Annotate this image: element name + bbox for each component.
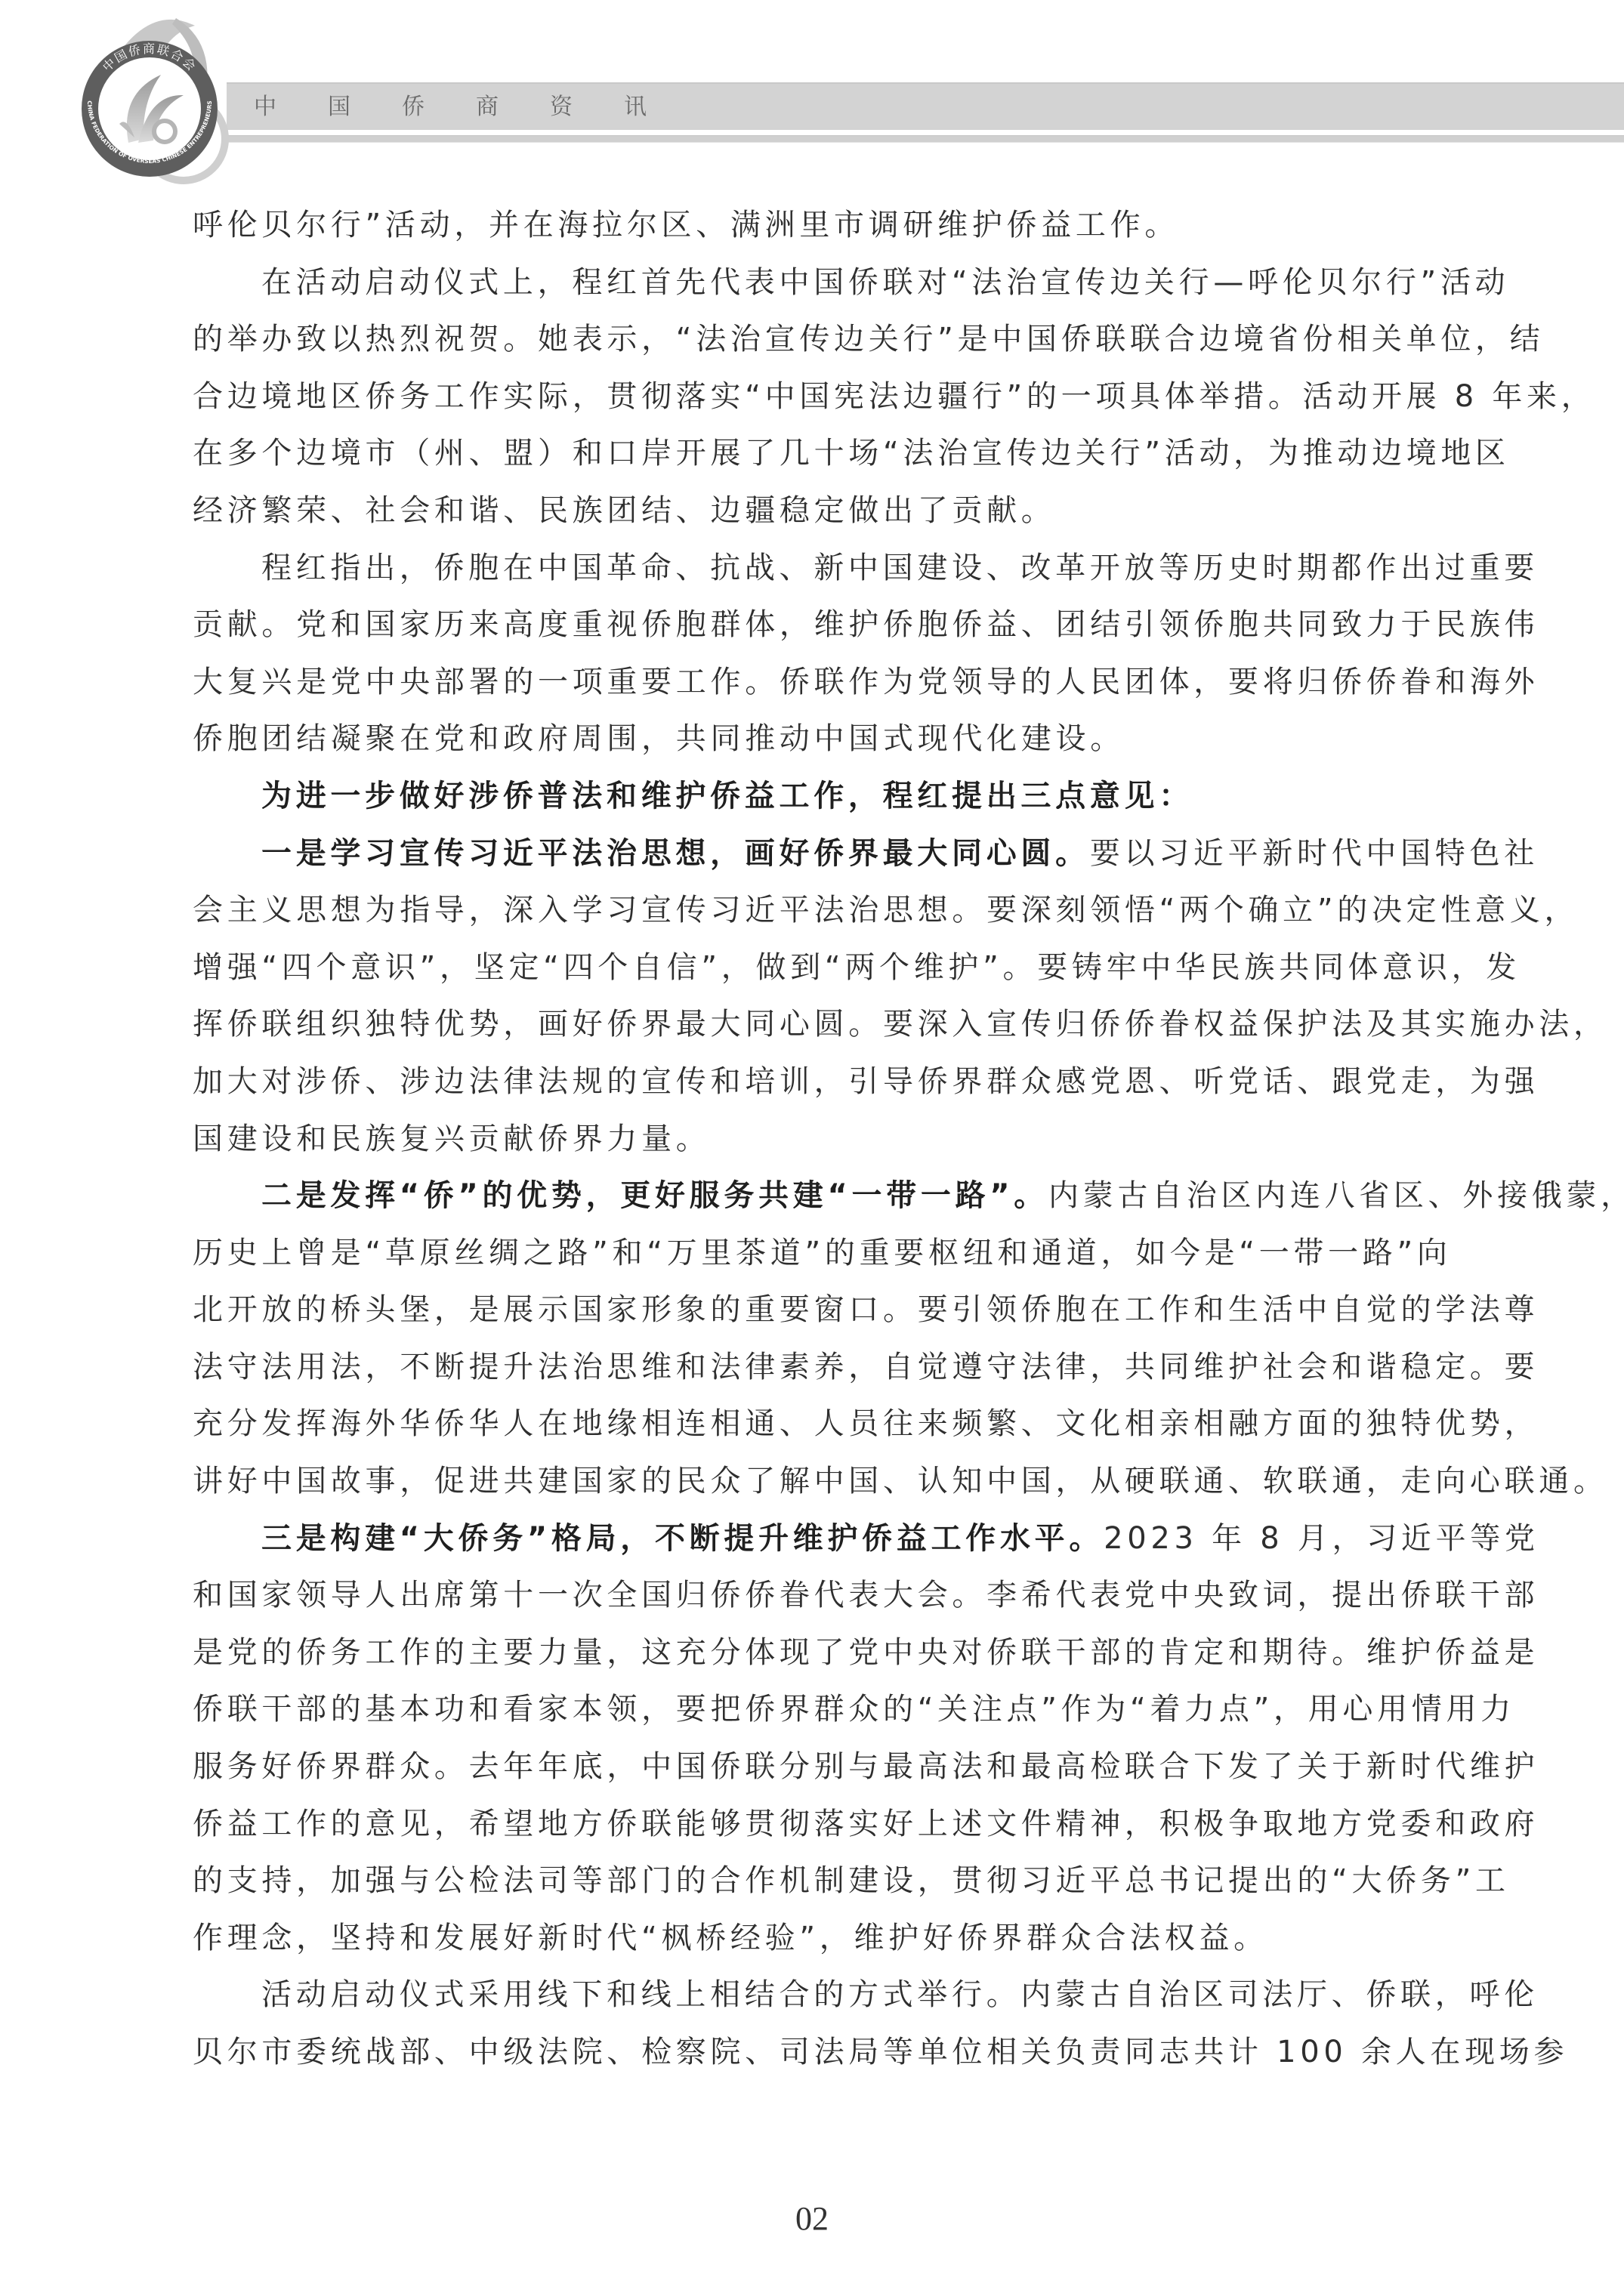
text-line: 侨益工作的意见，希望地方侨联能够贯彻落实好上述文件精神，积极争取地方党委和政府 — [193, 1801, 1437, 1859]
title-char: 中 — [254, 91, 328, 124]
line-text: 合边境地区侨务工作实际，贯彻落实“中国宪法边疆行”的一项具体举措。活动开展 8 … — [193, 379, 1595, 414]
header-rule — [227, 135, 1624, 143]
line-text: 在多个边境市（州、盟）和口岸开展了几十场“法治宣传边关行”活动，为推动边境地区 — [193, 436, 1510, 471]
bold-heading: 三是构建“大侨务”格局，不断提升维护侨益工作水平。 — [261, 1521, 1104, 1556]
line-text: 的支持，加强与公检法司等部门的合作机制建设，贯彻习近平总书记提出的“大侨务”工 — [193, 1863, 1510, 1898]
text-line: 增强“四个意识”，坚定“四个自信”，做到“两个维护”。要铸牢中华民族共同体意识，… — [193, 945, 1437, 1002]
text-line: 贝尔市委统战部、中级法院、检察院、司法局等单位相关负责同志共计 100 余人在现… — [193, 2029, 1437, 2087]
line-text: 作理念，坚持和发展好新时代“枫桥经验”，维护好侨界群众合法权益。 — [193, 1921, 1268, 1955]
bold-heading: 二是发挥“侨”的优势，更好服务共建“一带一路”。 — [261, 1178, 1048, 1213]
text-line: 会主义思想为指导，深入学习宣传习近平法治思想。要深刻领悟“两个确立”的决定性意义… — [193, 887, 1437, 945]
text-line: 一是学习宣传习近平法治思想，画好侨界最大同心圆。要以习近平新时代中国特色社 — [193, 831, 1437, 888]
title-char: 商 — [476, 91, 550, 124]
line-text: 程红指出，侨胞在中国革命、抗战、新中国建设、改革开放等历史时期都作出过重要 — [261, 551, 1539, 585]
text-line: 服务好侨界群众。去年年底，中国侨联分别与最高法和最高检联合下发了关于新时代维护 — [193, 1744, 1437, 1801]
line-text: 增强“四个意识”，坚定“四个自信”，做到“两个维护”。要铸牢中华民族共同体意识，… — [193, 950, 1521, 985]
line-text: 挥侨联组织独特优势，画好侨界最大同心圆。要深入宣传归侨侨眷权益保护法及其实施办法… — [193, 1007, 1608, 1042]
line-text: 2023 年 8 月，习近平等党 — [1104, 1521, 1539, 1556]
text-line: 北开放的桥头堡，是展示国家形象的重要窗口。要引领侨胞在工作和生活中自觉的学法尊 — [193, 1287, 1437, 1344]
text-line: 二是发挥“侨”的优势，更好服务共建“一带一路”。内蒙古自治区内连八省区、外接俄蒙… — [193, 1173, 1437, 1230]
line-text: 国建设和民族复兴贡献侨界力量。 — [193, 1122, 711, 1156]
line-text: 活动启动仪式采用线下和线上相结合的方式举行。内蒙古自治区司法厅、侨联，呼伦 — [261, 1977, 1539, 2012]
title-char: 侨 — [402, 91, 476, 124]
text-line: 三是构建“大侨务”格局，不断提升维护侨益工作水平。2023 年 8 月，习近平等… — [193, 1516, 1437, 1573]
line-text: 服务好侨界群众。去年年底，中国侨联分别与最高法和最高检联合下发了关于新时代维护 — [193, 1749, 1539, 1784]
text-line: 法守法用法，不断提升法治思维和法律素养，自觉遵守法律，共同维护社会和谐稳定。要 — [193, 1344, 1437, 1402]
text-line: 的支持，加强与公检法司等部门的合作机制建设，贯彻习近平总书记提出的“大侨务”工 — [193, 1858, 1437, 1915]
title-char: 资 — [550, 91, 624, 124]
line-text: 的举办致以热烈祝贺。她表示，“法治宣传边关行”是中国侨联联合边境省份相关单位，结 — [193, 322, 1544, 356]
text-line: 经济繁荣、社会和谐、民族团结、边疆稳定做出了贡献。 — [193, 488, 1437, 545]
line-text: 讲好中国故事，促进共建国家的民众了解中国、认知中国，从硬联通、软联通，走向心联通… — [193, 1464, 1608, 1498]
bold-heading: 一是学习宣传习近平法治思想，画好侨界最大同心圆。 — [261, 836, 1090, 871]
text-line: 国建设和民族复兴贡献侨界力量。 — [193, 1116, 1437, 1174]
text-line: 在多个边境市（州、盟）和口岸开展了几十场“法治宣传边关行”活动，为推动边境地区 — [193, 431, 1437, 488]
text-line: 充分发挥海外华侨华人在地缘相连相通、人员往来频繁、文化相亲相融方面的独特优势， — [193, 1401, 1437, 1458]
line-text: 是党的侨务工作的主要力量，这充分体现了党中央对侨联干部的肯定和期待。维护侨益是 — [193, 1635, 1539, 1670]
text-line: 作理念，坚持和发展好新时代“枫桥经验”，维护好侨界群众合法权益。 — [193, 1915, 1437, 1973]
line-text: 贡献。党和国家历来高度重视侨胞群体，维护侨胞侨益、团结引领侨胞共同致力于民族伟 — [193, 607, 1539, 642]
line-text: 北开放的桥头堡，是展示国家形象的重要窗口。要引领侨胞在工作和生活中自觉的学法尊 — [193, 1292, 1539, 1327]
title-char: 讯 — [624, 91, 698, 124]
text-line: 大复兴是党中央部署的一项重要工作。侨联作为党领导的人民团体，要将归侨侨眷和海外 — [193, 659, 1437, 717]
text-line: 讲好中国故事，促进共建国家的民众了解中国、认知中国，从硬联通、软联通，走向心联通… — [193, 1458, 1437, 1516]
text-line: 贡献。党和国家历来高度重视侨胞群体，维护侨胞侨益、团结引领侨胞共同致力于民族伟 — [193, 602, 1437, 659]
page-number: 02 — [0, 2199, 1624, 2238]
line-text: 在活动启动仪式上，程红首先代表中国侨联对“法治宣传边关行—呼伦贝尔行”活动 — [261, 265, 1509, 300]
line-text: 充分发挥海外华侨华人在地缘相连相通、人员往来频繁、文化相亲相融方面的独特优势， — [193, 1406, 1539, 1441]
publication-title: 中 国 侨 商 资 讯 — [254, 91, 698, 124]
text-line: 和国家领导人出席第十一次全国归侨侨眷代表大会。李希代表党中央致词，提出侨联干部 — [193, 1572, 1437, 1630]
line-text: 会主义思想为指导，深入学习宣传习近平法治思想。要深刻领悟“两个确立”的决定性意义… — [193, 893, 1579, 927]
line-text: 要以习近平新时代中国特色社 — [1090, 836, 1539, 871]
text-line: 程红指出，侨胞在中国革命、抗战、新中国建设、改革开放等历史时期都作出过重要 — [193, 545, 1437, 603]
text-line: 挥侨联组织独特优势，画好侨界最大同心圆。要深入宣传归侨侨眷权益保护法及其实施办法… — [193, 1001, 1437, 1059]
text-line: 加大对涉侨、涉边法律法规的宣传和培训，引导侨界群众感党恩、听党话、跟党走，为强 — [193, 1059, 1437, 1116]
line-text: 为进一步做好涉侨普法和维护侨益工作，程红提出三点意见： — [261, 779, 1193, 813]
line-text: 法守法用法，不断提升法治思维和法律素养，自觉遵守法律，共同维护社会和谐稳定。要 — [193, 1350, 1539, 1384]
line-text: 呼伦贝尔行”活动，并在海拉尔区、满洲里市调研维护侨益工作。 — [193, 208, 1179, 242]
line-text: 大复兴是党中央部署的一项重要工作。侨联作为党领导的人民团体，要将归侨侨眷和海外 — [193, 665, 1539, 699]
title-char: 国 — [328, 91, 402, 124]
line-text: 贝尔市委统战部、中级法院、检察院、司法局等单位相关负责同志共计 100 余人在现… — [193, 2035, 1568, 2069]
text-line: 侨胞团结凝聚在党和政府周围，共同推动中国式现代化建设。 — [193, 716, 1437, 773]
article-body: 呼伦贝尔行”活动，并在海拉尔区、满洲里市调研维护侨益工作。在活动启动仪式上，程红… — [193, 202, 1437, 2087]
line-text: 历史上曾是“草原丝绸之路”和“万里茶道”的重要枢纽和通道，如今是“一带一路”向 — [193, 1236, 1452, 1270]
line-text: 侨益工作的意见，希望地方侨联能够贯彻落实好上述文件精神，积极争取地方党委和政府 — [193, 1807, 1539, 1841]
line-text: 内蒙古自治区内连八省区、外接俄蒙， — [1048, 1178, 1624, 1213]
text-line: 为进一步做好涉侨普法和维护侨益工作，程红提出三点意见： — [193, 773, 1437, 831]
line-text: 经济繁荣、社会和谐、民族团结、边疆稳定做出了贡献。 — [193, 493, 1056, 528]
federation-logo-icon: 中国侨商联合会 CHINA FEDERATION OF OVERSEAS CHI… — [59, 11, 240, 192]
line-text: 侨联干部的基本功和看家本领，要把侨界群众的“关注点”作为“着力点”，用心用情用力 — [193, 1692, 1515, 1727]
text-line: 活动启动仪式采用线下和线上相结合的方式举行。内蒙古自治区司法厅、侨联，呼伦 — [193, 1972, 1437, 2029]
text-line: 历史上曾是“草原丝绸之路”和“万里茶道”的重要枢纽和通道，如今是“一带一路”向 — [193, 1230, 1437, 1288]
text-line: 在活动启动仪式上，程红首先代表中国侨联对“法治宣传边关行—呼伦贝尔行”活动 — [193, 260, 1437, 317]
text-line: 侨联干部的基本功和看家本领，要把侨界群众的“关注点”作为“着力点”，用心用情用力 — [193, 1687, 1437, 1744]
text-line: 合边境地区侨务工作实际，贯彻落实“中国宪法边疆行”的一项具体举措。活动开展 8 … — [193, 374, 1437, 431]
line-text: 侨胞团结凝聚在党和政府周围，共同推动中国式现代化建设。 — [193, 721, 1125, 756]
line-text: 加大对涉侨、涉边法律法规的宣传和培训，引导侨界群众感党恩、听党话、跟党走，为强 — [193, 1064, 1539, 1099]
line-text: 和国家领导人出席第十一次全国归侨侨眷代表大会。李希代表党中央致词，提出侨联干部 — [193, 1578, 1539, 1613]
text-line: 呼伦贝尔行”活动，并在海拉尔区、满洲里市调研维护侨益工作。 — [193, 202, 1437, 260]
text-line: 的举办致以热烈祝贺。她表示，“法治宣传边关行”是中国侨联联合边境省份相关单位，结 — [193, 316, 1437, 374]
text-line: 是党的侨务工作的主要力量，这充分体现了党中央对侨联干部的肯定和期待。维护侨益是 — [193, 1630, 1437, 1687]
